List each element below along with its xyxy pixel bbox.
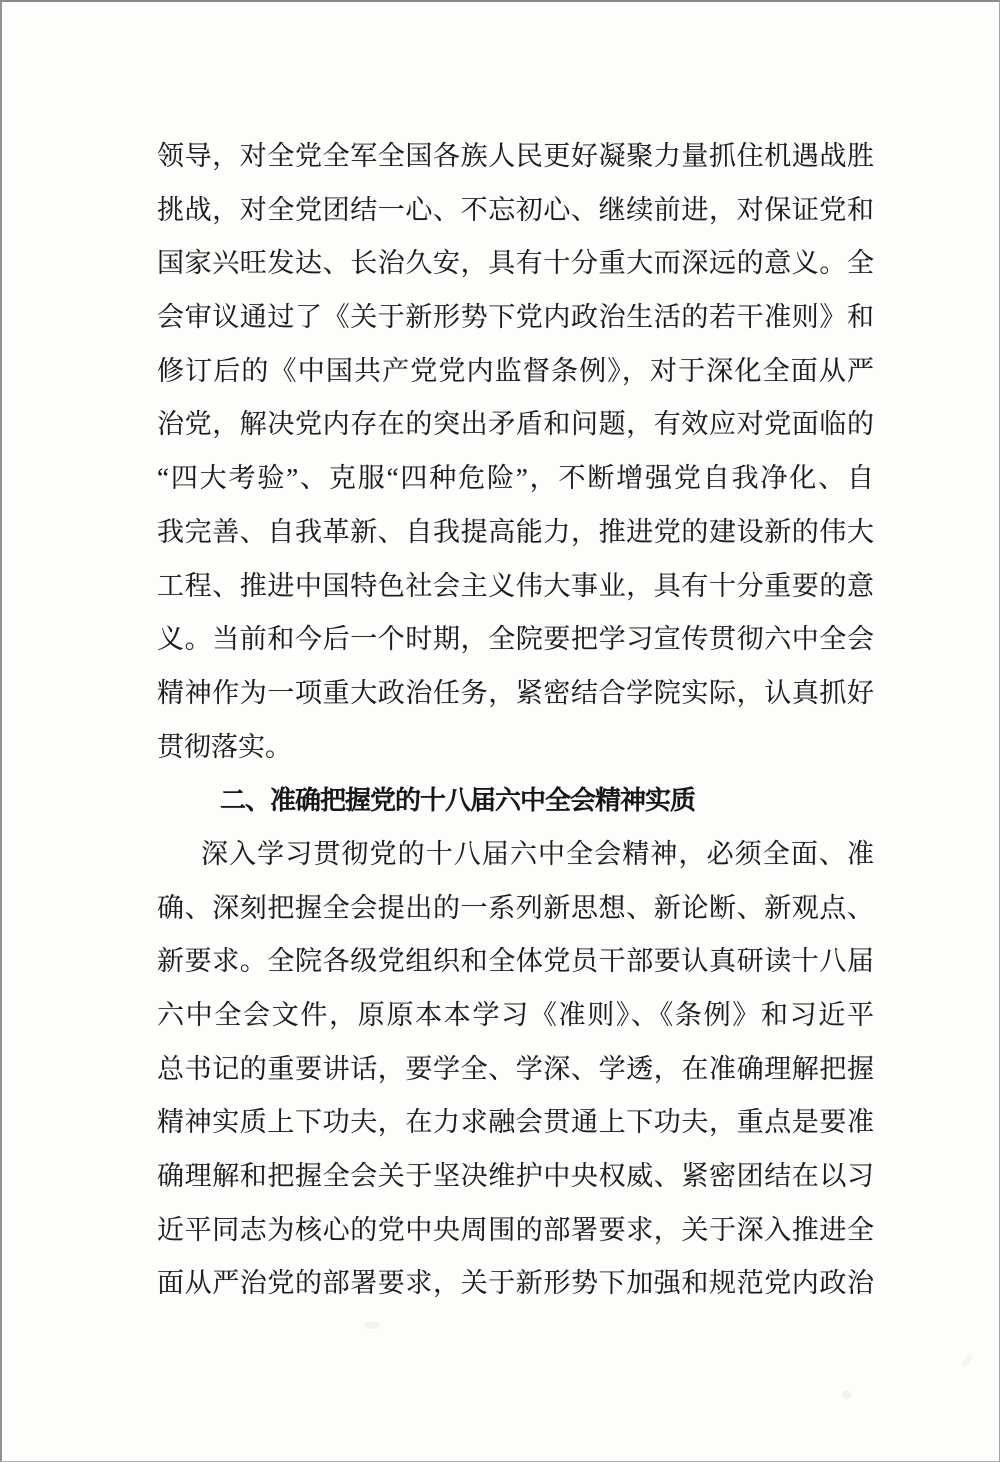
text-line: 我完善、自我革新、自我提高能力，推进党的建设新的伟大 bbox=[157, 506, 874, 560]
text-line: 近平同志为核心的党中央周围的部署要求，关于深入推进全 bbox=[157, 1204, 874, 1258]
text-line: 六中全会文件，原原本本学习《准则》、《条例》和习近平 bbox=[157, 989, 874, 1043]
text-line: 会审议通过了《关于新形势下党内政治生活的若干准则》和 bbox=[157, 291, 874, 345]
text-line: 国家兴旺发达、长治久安，具有十分重大而深远的意义。全 bbox=[157, 237, 874, 291]
text-line: 总书记的重要讲话，要学全、学深、学透，在准确理解把握 bbox=[157, 1043, 874, 1097]
text-line: 领导，对全党全军全国各族人民更好凝聚力量抓住机遇战胜 bbox=[157, 130, 874, 184]
section-heading: 二、准确把握党的十八届六中全会精神实质 bbox=[220, 785, 695, 815]
document-body: 领导，对全党全军全国各族人民更好凝聚力量抓住机遇战胜挑战，对全党团结一心、不忘初… bbox=[157, 130, 874, 1311]
paragraph-2: 深入学习贯彻党的十八届六中全会精神，必须全面、准确、深刻把握全会提出的一系列新思… bbox=[157, 828, 874, 1311]
text-line: 挑战，对全党团结一心、不忘初心、继续前进，对保证党和 bbox=[157, 184, 874, 238]
text-line: 深入学习贯彻党的十八届六中全会精神，必须全面、准 bbox=[157, 828, 874, 882]
text-line: 确理解和把握全会关于坚决维护中央权威、紧密团结在以习 bbox=[157, 1150, 874, 1204]
paragraph-continuation: 领导，对全党全军全国各族人民更好凝聚力量抓住机遇战胜挑战，对全党团结一心、不忘初… bbox=[157, 130, 874, 774]
text-line: 新要求。全院各级党组织和全体党员干部要认真研读十八届 bbox=[157, 935, 874, 989]
section-heading-row: 二、准确把握党的十八届六中全会精神实质 bbox=[157, 774, 874, 828]
scan-speck bbox=[364, 1322, 380, 1329]
text-line: 工程、推进中国特色社会主义伟大事业，具有十分重要的意 bbox=[157, 560, 874, 614]
text-line: 义。当前和今后一个时期，全院要把学习宣传贯彻六中全会 bbox=[157, 613, 874, 667]
text-line: 精神作为一项重大政治任务，紧密结合学院实际，认真抓好 bbox=[157, 667, 874, 721]
scan-speck bbox=[961, 1354, 974, 1369]
scanned-document-page: 领导，对全党全军全国各族人民更好凝聚力量抓住机遇战胜挑战，对全党团结一心、不忘初… bbox=[0, 0, 1000, 1462]
text-line: 修订后的《中国共产党党内监督条例》，对于深化全面从严 bbox=[157, 345, 874, 399]
scan-speck bbox=[842, 1390, 851, 1399]
text-line: “四大考验”、克服“四种危险”，不断增强党自我净化、自 bbox=[157, 452, 874, 506]
text-line: 贯彻落实。 bbox=[157, 721, 874, 775]
text-line: 确、深刻把握全会提出的一系列新思想、新论断、新观点、 bbox=[157, 882, 874, 936]
text-line: 面从严治党的部署要求，关于新形势下加强和规范党内政治 bbox=[157, 1257, 874, 1311]
text-line: 治党，解决党内存在的突出矛盾和问题，有效应对党面临的 bbox=[157, 398, 874, 452]
text-line: 精神实质上下功夫，在力求融会贯通上下功夫，重点是要准 bbox=[157, 1096, 874, 1150]
